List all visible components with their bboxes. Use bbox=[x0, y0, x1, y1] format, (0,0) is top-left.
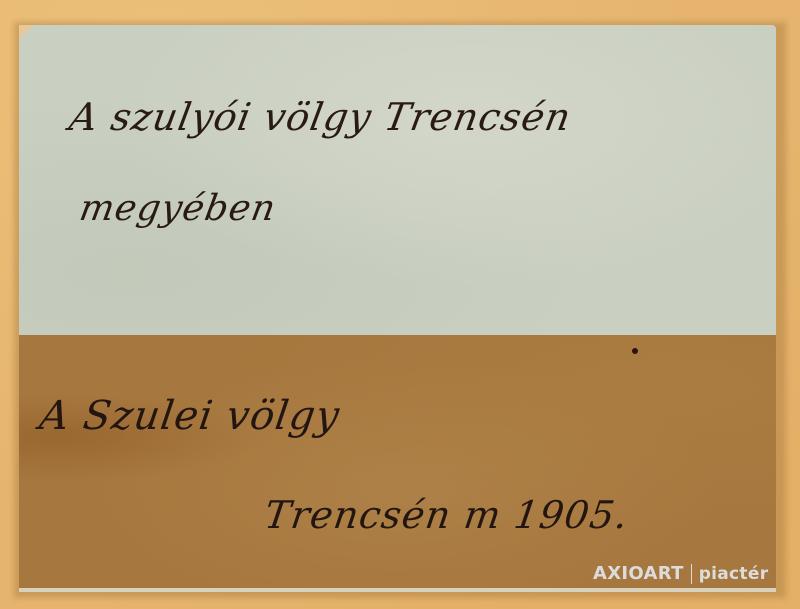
watermark-separator bbox=[691, 564, 692, 584]
bottom-caption-line-2: Trencsén m 1905. bbox=[262, 493, 631, 537]
watermark: AXIOART piactér bbox=[593, 563, 768, 584]
ink-spot bbox=[632, 348, 638, 354]
paper-edge bbox=[19, 588, 776, 592]
top-caption-line-1: A szulyói völgy Trencsén bbox=[66, 95, 575, 139]
watermark-brand: AXIOART bbox=[593, 563, 684, 584]
bottom-label-paper bbox=[19, 335, 776, 592]
top-caption-line-2: megyében bbox=[76, 188, 279, 229]
top-label-paper bbox=[19, 25, 776, 335]
torn-corner bbox=[19, 25, 33, 39]
bottom-caption-line-1: A Szulei völgy bbox=[37, 393, 343, 439]
watermark-subtitle: piactér bbox=[699, 564, 769, 584]
